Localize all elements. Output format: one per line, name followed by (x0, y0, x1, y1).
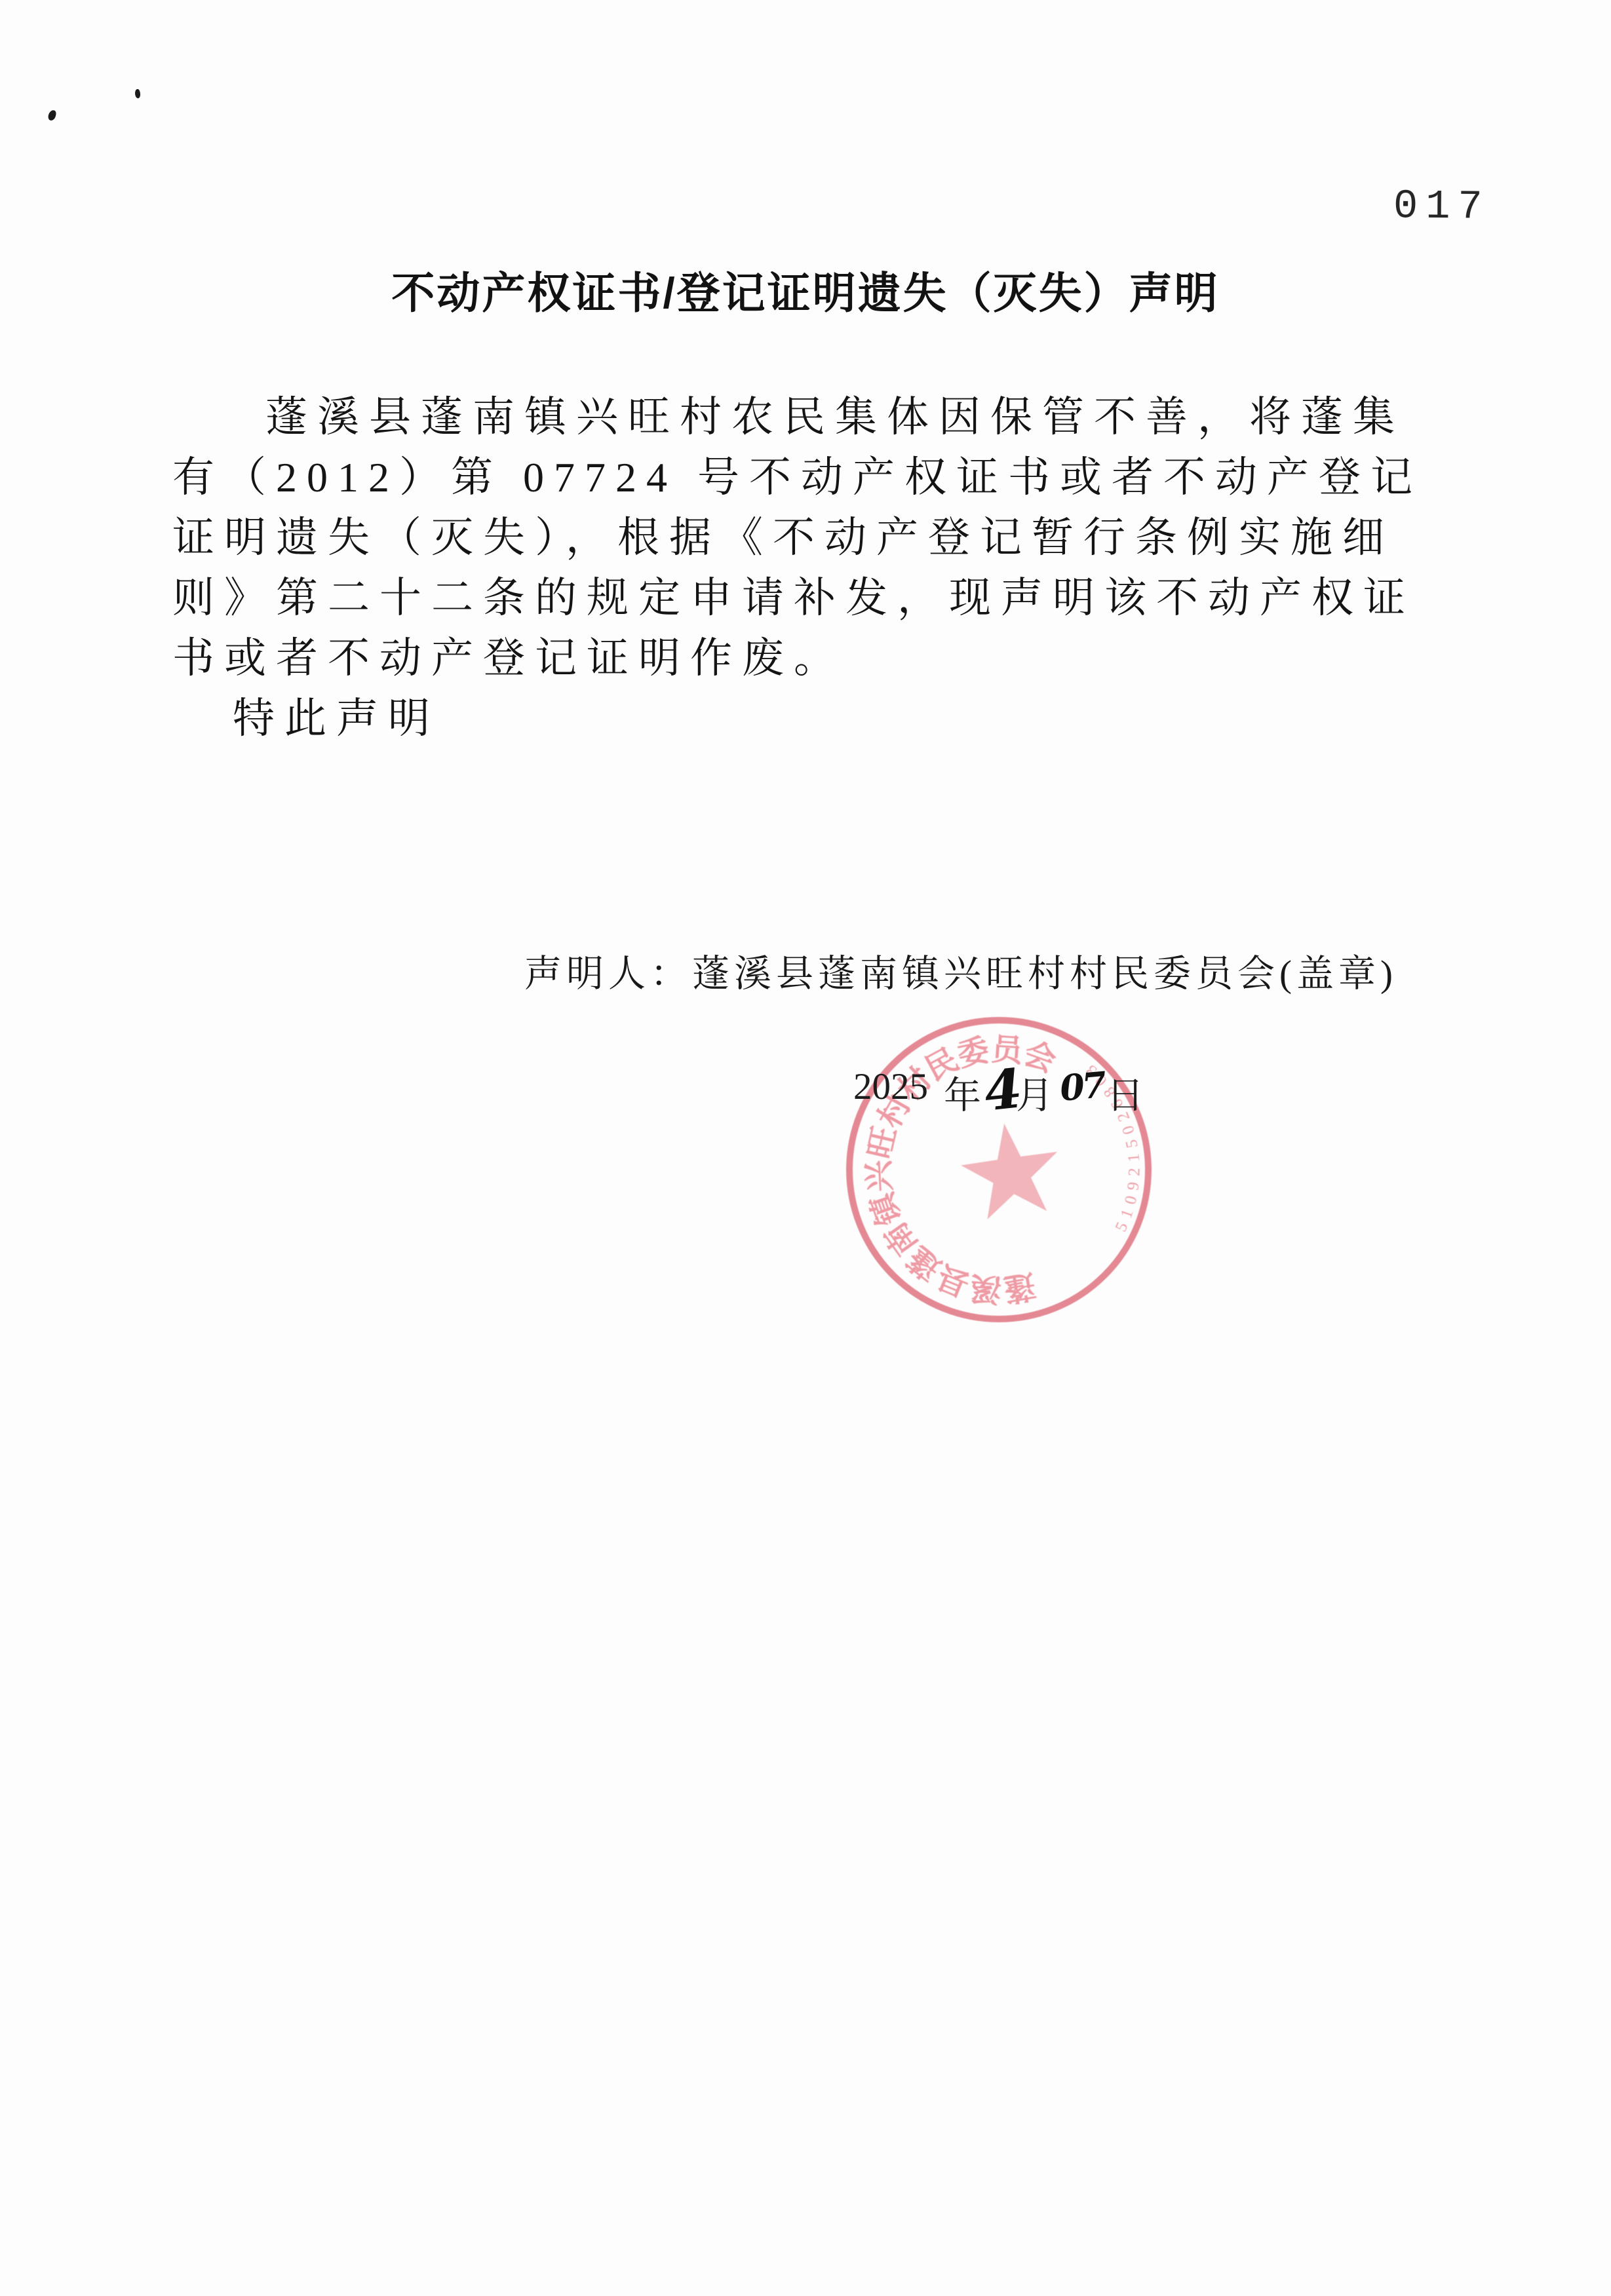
ink-speck (134, 88, 141, 98)
handwritten-month-digit: 4 (982, 1070, 1024, 1111)
seal-serial-digit: 9 (1124, 1181, 1142, 1191)
date-year-unit: 年 (944, 1065, 981, 1119)
official-seal: 蓬溪县蓬南镇兴旺村村民委员会5109215026803 (840, 1010, 1158, 1329)
seal-ring-char: 兴 (861, 1158, 898, 1193)
seal-serial-digit: 5 (1112, 1219, 1132, 1234)
body-line: 则》第二十二条的规定申请补发，现声明该不动产权证 (172, 568, 1457, 628)
seal-ring-char: 蓬 (1001, 1267, 1038, 1307)
closing-statement: 特此声明 (172, 689, 1457, 749)
declaration-body: 蓬溪县蓬南镇兴旺村农民集体因保管不善，将蓬集 有（2012）第 07724 号不… (172, 387, 1457, 749)
body-line: 有（2012）第 07724 号不动产权证书或者不动产登记 (172, 448, 1457, 508)
seal-serial-digit: 0 (1121, 1194, 1140, 1206)
document-title: 不动产权证书/登记证明遗失（灭失）声明 (0, 258, 1611, 320)
body-line: 证明遗失（灭失），根据《不动产登记暂行条例实施细 (172, 508, 1457, 568)
handwritten-day-digits: 07 (1058, 1065, 1106, 1108)
body-line: 蓬溪县蓬南镇兴旺村农民集体因保管不善，将蓬集 (172, 387, 1457, 448)
seal-ring-char: 溪 (969, 1269, 1003, 1307)
ink-speck (47, 109, 57, 121)
seal-serial-digit: 1 (1117, 1207, 1137, 1221)
declarant-line: 声明人：蓬溪县蓬南镇兴旺村村民委员会(盖章) (524, 944, 1397, 997)
seal-serial-digit: 1 (1125, 1153, 1143, 1163)
seal-star-icon (956, 1117, 1066, 1221)
seal-serial-digit: 0 (1119, 1124, 1138, 1137)
date-day-unit: 日 (1106, 1065, 1144, 1119)
scanned-document-page: 017 不动产权证书/登记证明遗失（灭失）声明 蓬溪县蓬南镇兴旺村农民集体因保管… (0, 0, 1611, 2296)
body-line: 书或者不动产登记证明作废。 (172, 628, 1457, 689)
date-year: 2025 (853, 1065, 928, 1108)
date-line: 2025 年 4 月 07 日 (853, 1065, 1144, 1119)
stamped-page-number: 017 (1393, 183, 1490, 230)
seal-serial-digit: 5 (1123, 1138, 1142, 1149)
seal-serial-digit: 2 (1125, 1168, 1143, 1176)
